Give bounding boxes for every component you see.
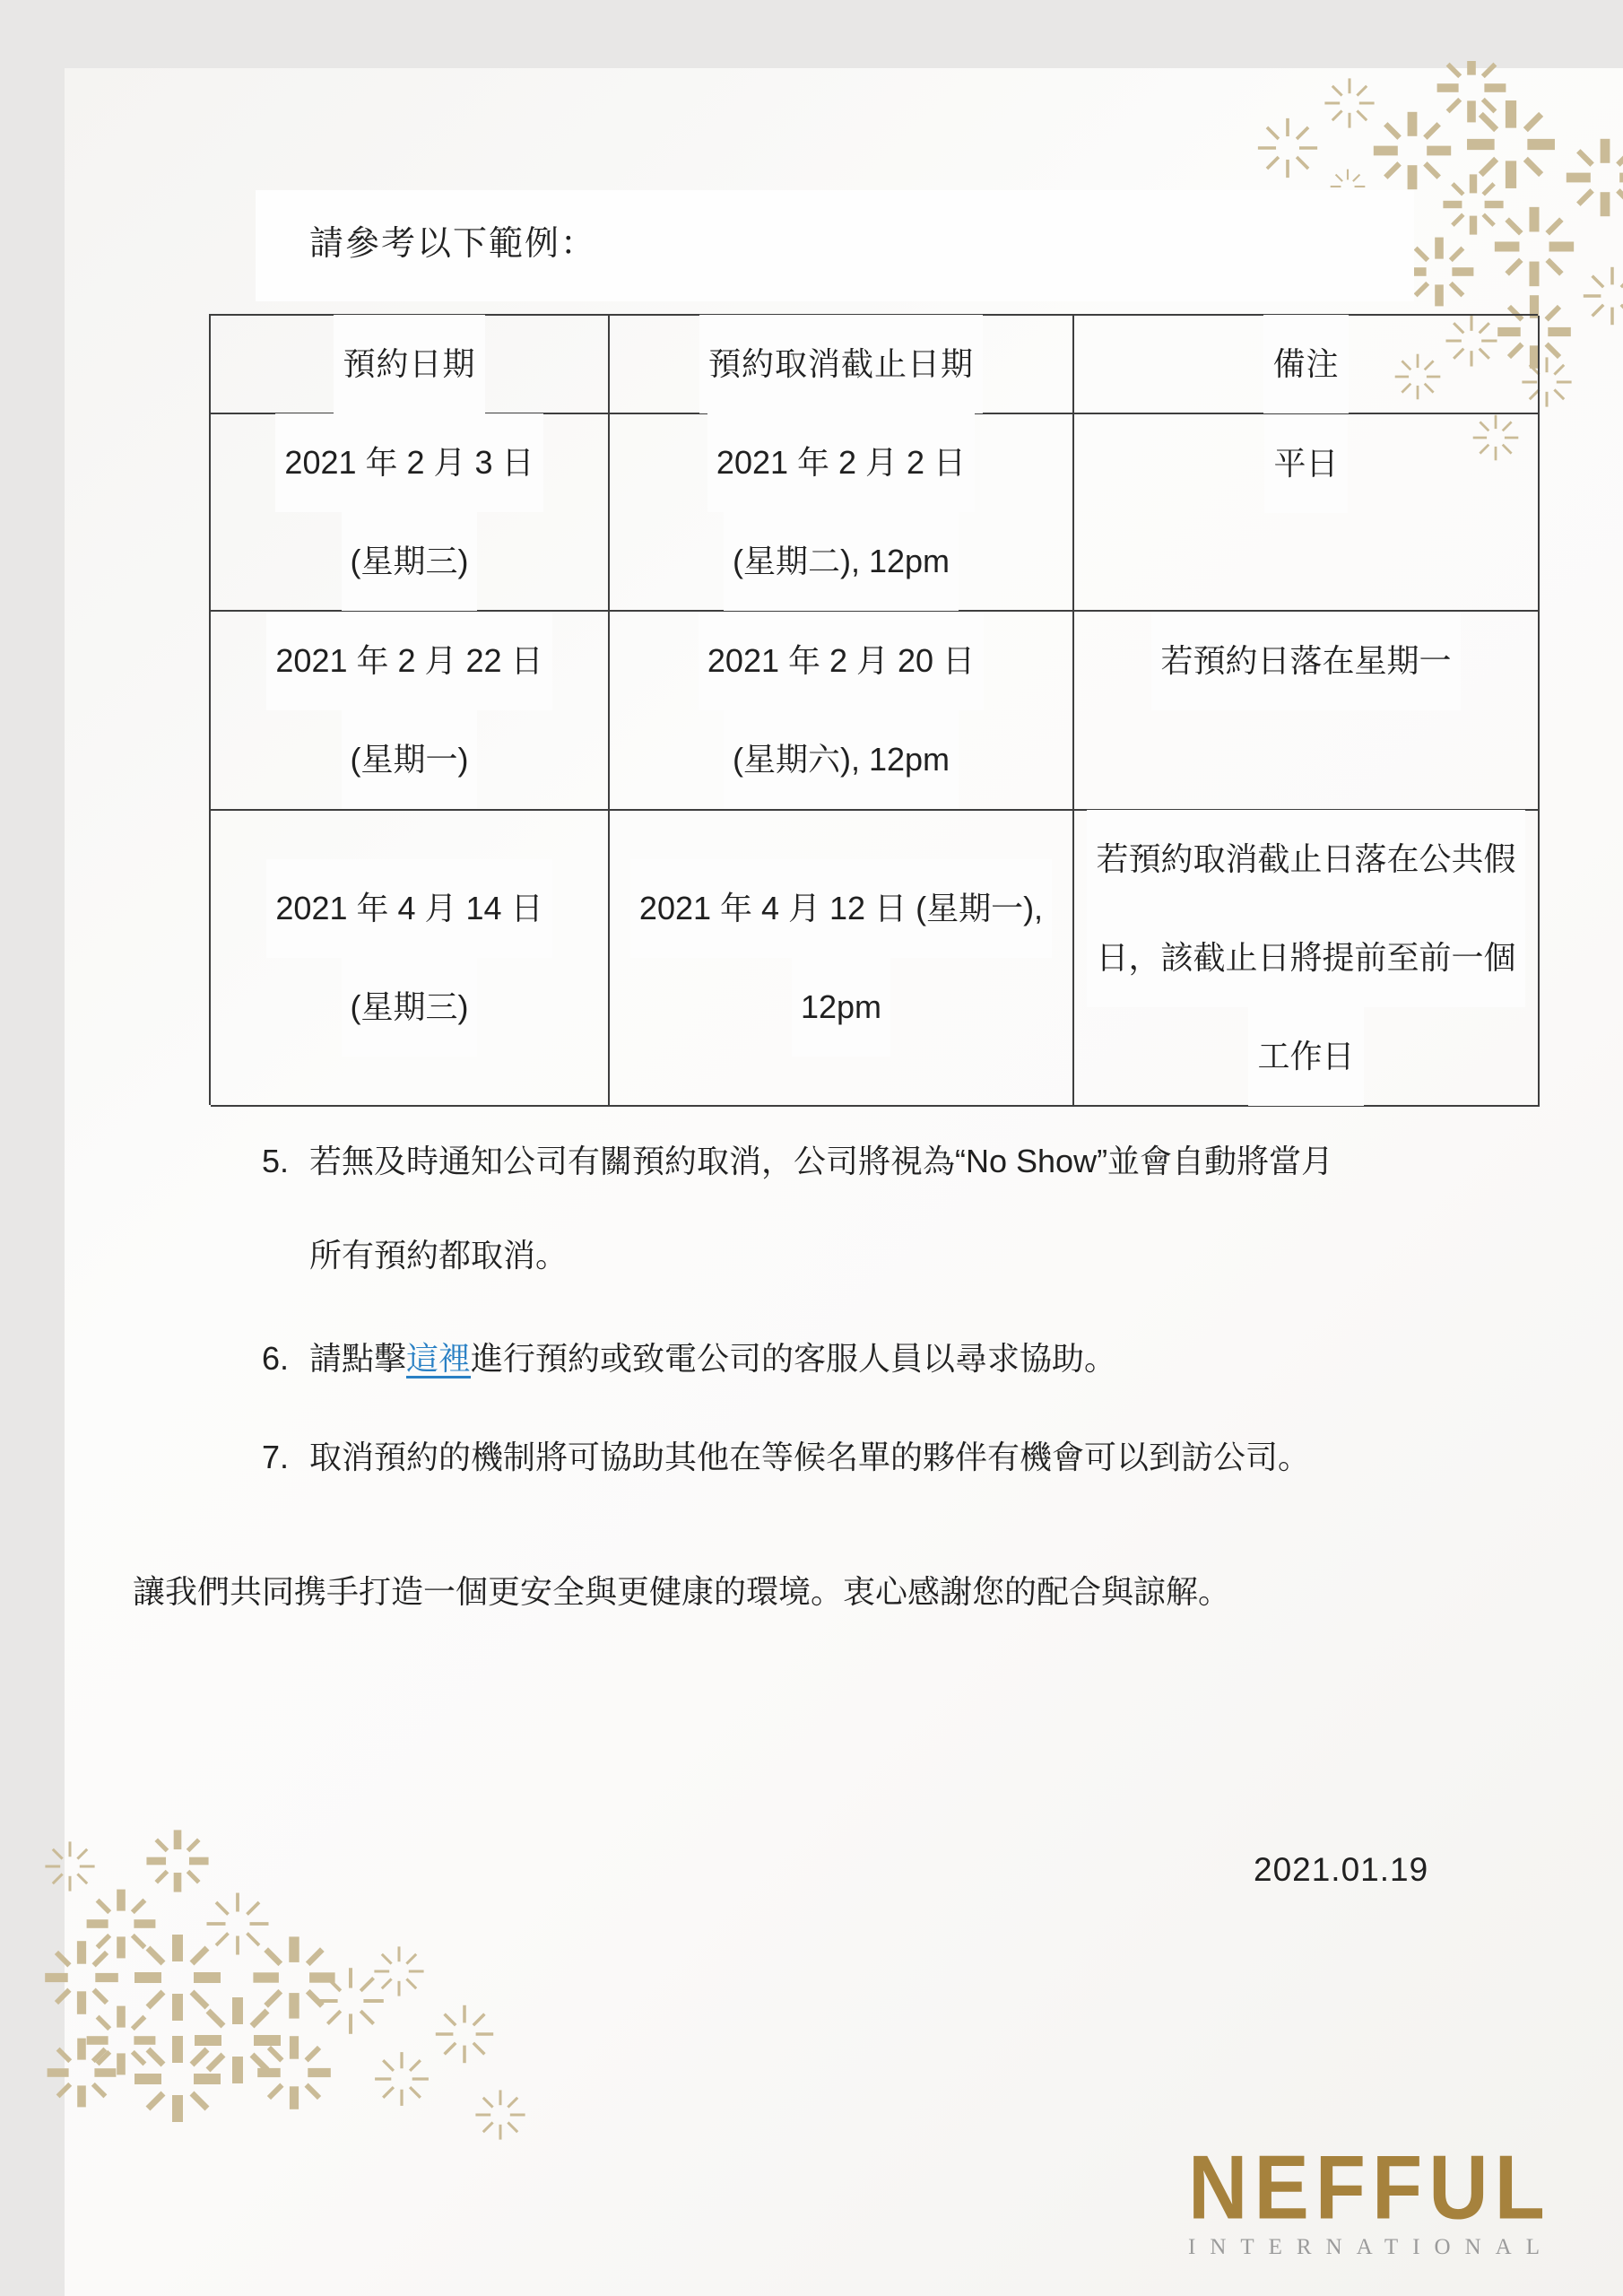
logo-brand-text: NEFFUL <box>1188 2145 1547 2231</box>
table-cell-remark: 若預約日落在星期一 <box>1074 612 1540 811</box>
list-item-6-text: 請點擊這裡進行預約或致電公司的客服人員以尋求協助。 <box>309 1339 1116 1378</box>
list-item-7-text: 取消預約的機制將可協助其他在等候名單的夥伴有機會可以到訪公司。 <box>309 1438 1310 1477</box>
table-row: 2021 年 4 月 14 日 (星期三) <box>211 811 610 1107</box>
document-date: 2021.01.19 <box>1254 1850 1428 1890</box>
intro-heading: 請參考以下範例： <box>309 224 596 264</box>
list-number: 5. <box>262 1142 309 1181</box>
list-item-6-post: 進行預約或致電公司的客服人員以尋求協助。 <box>471 1340 1116 1377</box>
list-number: 7. <box>262 1438 309 1477</box>
sparkle-decoration-bottom-left <box>34 1819 558 2181</box>
nefful-logo: NEFFUL INTERNATIONAL <box>1188 2145 1547 2260</box>
list-item-5: 5. 若無及時通知公司有關預約取消，公司將視為“No Show”並會自動將當月 <box>262 1142 1333 1181</box>
table-header-remark: 備注 <box>1074 316 1540 414</box>
table-cell-remark: 若預約取消截止日落在公共假 日，該截止日將提前至前一個 工作日 <box>1074 811 1540 1107</box>
table-header-cancel-deadline: 預約取消截止日期 <box>610 316 1074 414</box>
list-number: 6. <box>262 1339 309 1378</box>
table-header-booking-date: 預約日期 <box>211 316 610 414</box>
logo-subtitle-text: INTERNATIONAL <box>1188 2235 1547 2260</box>
document-canvas: 請參考以下範例： 預約日期 預約取消截止日期 備注 2021 年 2 月 3 日… <box>0 0 1623 2296</box>
table-cell-remark: 平日 <box>1074 414 1540 612</box>
list-item-6-pre: 請點擊 <box>309 1340 406 1377</box>
list-item-7: 7. 取消預約的機制將可協助其他在等候名單的夥伴有機會可以到訪公司。 <box>262 1438 1310 1477</box>
list-item-5-text-line2: 所有預約都取消。 <box>309 1236 568 1275</box>
table-cell-deadline: 2021 年 2 月 20 日 (星期六), 12pm <box>610 612 1074 811</box>
closing-sentence: 讓我們共同携手打造一個更安全與更健康的環境。衷心感謝您的配合與諒解。 <box>133 1572 1230 1612</box>
table-cell-deadline: 2021 年 2 月 2 日 (星期二), 12pm <box>610 414 1074 612</box>
table-row: 2021 年 2 月 22 日 (星期一) <box>211 612 610 811</box>
table-row: 2021 年 2 月 3 日 (星期三) <box>211 414 610 612</box>
table-cell-deadline: 2021 年 4 月 12 日 (星期一), 12pm <box>610 811 1074 1107</box>
booking-example-table: 預約日期 預約取消截止日期 備注 2021 年 2 月 3 日 (星期三) 20… <box>209 314 1538 1105</box>
booking-here-link[interactable]: 這裡 <box>406 1340 471 1377</box>
list-item-6: 6. 請點擊這裡進行預約或致電公司的客服人員以尋求協助。 <box>262 1339 1116 1378</box>
list-item-5-text: 若無及時通知公司有關預約取消，公司將視為“No Show”並會自動將當月 <box>309 1142 1333 1181</box>
